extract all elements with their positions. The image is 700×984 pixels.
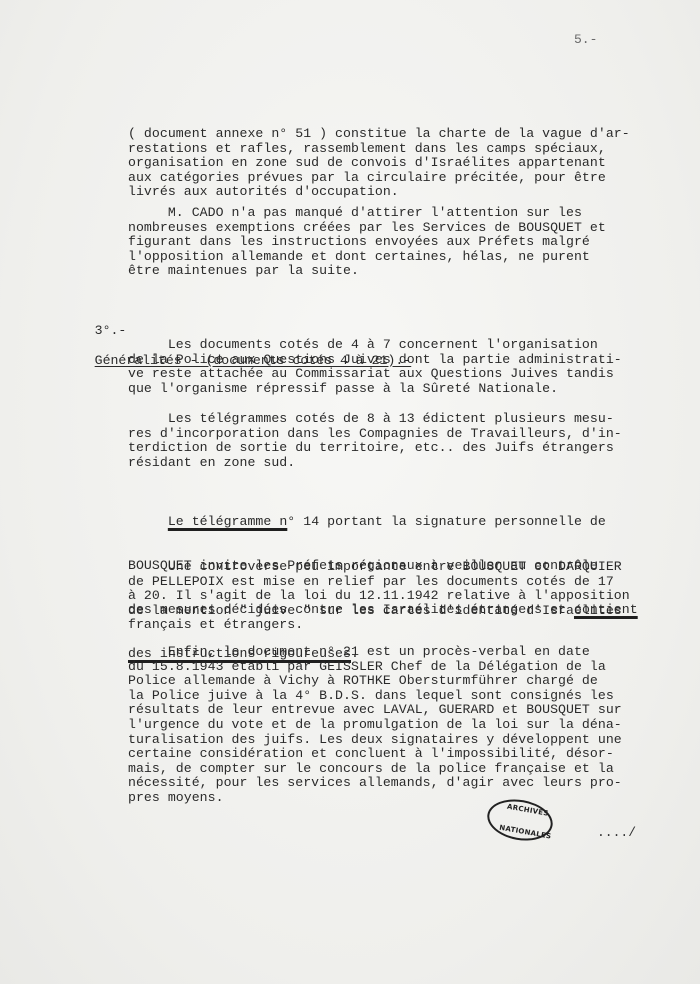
text-line: aux catégories prévues par la circulaire…: [128, 171, 688, 186]
text-line: pres moyens.: [128, 791, 688, 806]
text-line: l'urgence du vote et de la promulgation …: [128, 718, 688, 733]
text-line: être maintenues par la suite.: [128, 264, 688, 279]
text-line: certaine considération et concluent à l'…: [128, 747, 688, 762]
continuation-mark: ..../: [597, 825, 636, 840]
text-line: ve reste attachée au Commissariat aux Qu…: [128, 367, 688, 382]
text-line: ( document annexe n° 51 ) constitue la c…: [128, 127, 688, 142]
page-number: 5.-: [574, 32, 597, 47]
text-line: Police allemande à Vichy à ROTHKE Oberst…: [128, 674, 688, 689]
text-line: restations et rafles, rassemblement dans…: [128, 142, 688, 157]
text-line: nécessité, pour les services allemands, …: [128, 776, 688, 791]
text-line: nombreuses exemptions créées par les Ser…: [128, 221, 688, 236]
text-line: Enfin, le document n° 21 est un procès-v…: [128, 645, 688, 660]
text-line: M. CADO n'a pas manqué d'attirer l'atten…: [128, 206, 688, 221]
text-line: res d'incorporation dans les Compagnies …: [128, 427, 688, 442]
text-line: de la Police aux Questions Juives dont l…: [128, 353, 688, 368]
text-line: Les télégrammes cotés de 8 à 13 édictent…: [128, 412, 688, 427]
text-line: terdiction de sortie du territoire, etc.…: [128, 441, 688, 456]
text-line: organisation en zone sud de convois d'Is…: [128, 156, 688, 171]
text-line: figurant dans les instructions envoyées …: [128, 235, 688, 250]
text-line: résidant en zone sud.: [128, 456, 688, 471]
paragraph-telegrams-8-13: Les télégrammes cotés de 8 à 13 édictent…: [128, 412, 688, 470]
paragraph-documents-4-7: Les documents cotés de 4 à 7 concernent …: [128, 338, 688, 396]
paragraph-cado: M. CADO n'a pas manqué d'attirer l'atten…: [128, 206, 688, 279]
document-page: 5.- ( document annexe n° 51 ) constitue …: [0, 0, 700, 984]
text-line: résultats de leur entrevue avec LAVAL, G…: [128, 703, 688, 718]
text-line: la Police juive à la 4° B.D.S. dans lequ…: [128, 689, 688, 704]
text-line: mais, de compter sur le concours de la p…: [128, 762, 688, 777]
text-line: de PELLEPOIX est mise en relief par les …: [128, 575, 688, 590]
paragraph-document-annex: ( document annexe n° 51 ) constitue la c…: [128, 127, 688, 200]
text-line: que l'organisme répressif passe à la Sûr…: [128, 382, 688, 397]
text-line: français et étrangers.: [128, 618, 688, 633]
text-line: turalisation des juifs. Les deux signata…: [128, 733, 688, 748]
paragraph-controversy: Une controverse peu importante entre BOU…: [128, 560, 688, 633]
handwritten-underline: Le télégramme n: [168, 514, 287, 529]
paragraph-document-21: Enfin, le document n° 21 est un procès-v…: [128, 645, 688, 806]
text-line: du 15.8.1943 établi par GEISSLER Chef de…: [128, 660, 688, 675]
text-line: de la mention " juive " sur les cartes d…: [128, 604, 688, 619]
text-line: livrés aux autorités d'occupation.: [128, 185, 688, 200]
text-line: à 20. Il s'agit de la loi du 12.11.1942 …: [128, 589, 688, 604]
section-number: 3°.-: [95, 323, 127, 338]
text-line: l'opposition allemande et dont certaines…: [128, 250, 688, 265]
text-line: Une controverse peu importante entre BOU…: [128, 560, 688, 575]
text-line: Les documents cotés de 4 à 7 concernent …: [128, 338, 688, 353]
